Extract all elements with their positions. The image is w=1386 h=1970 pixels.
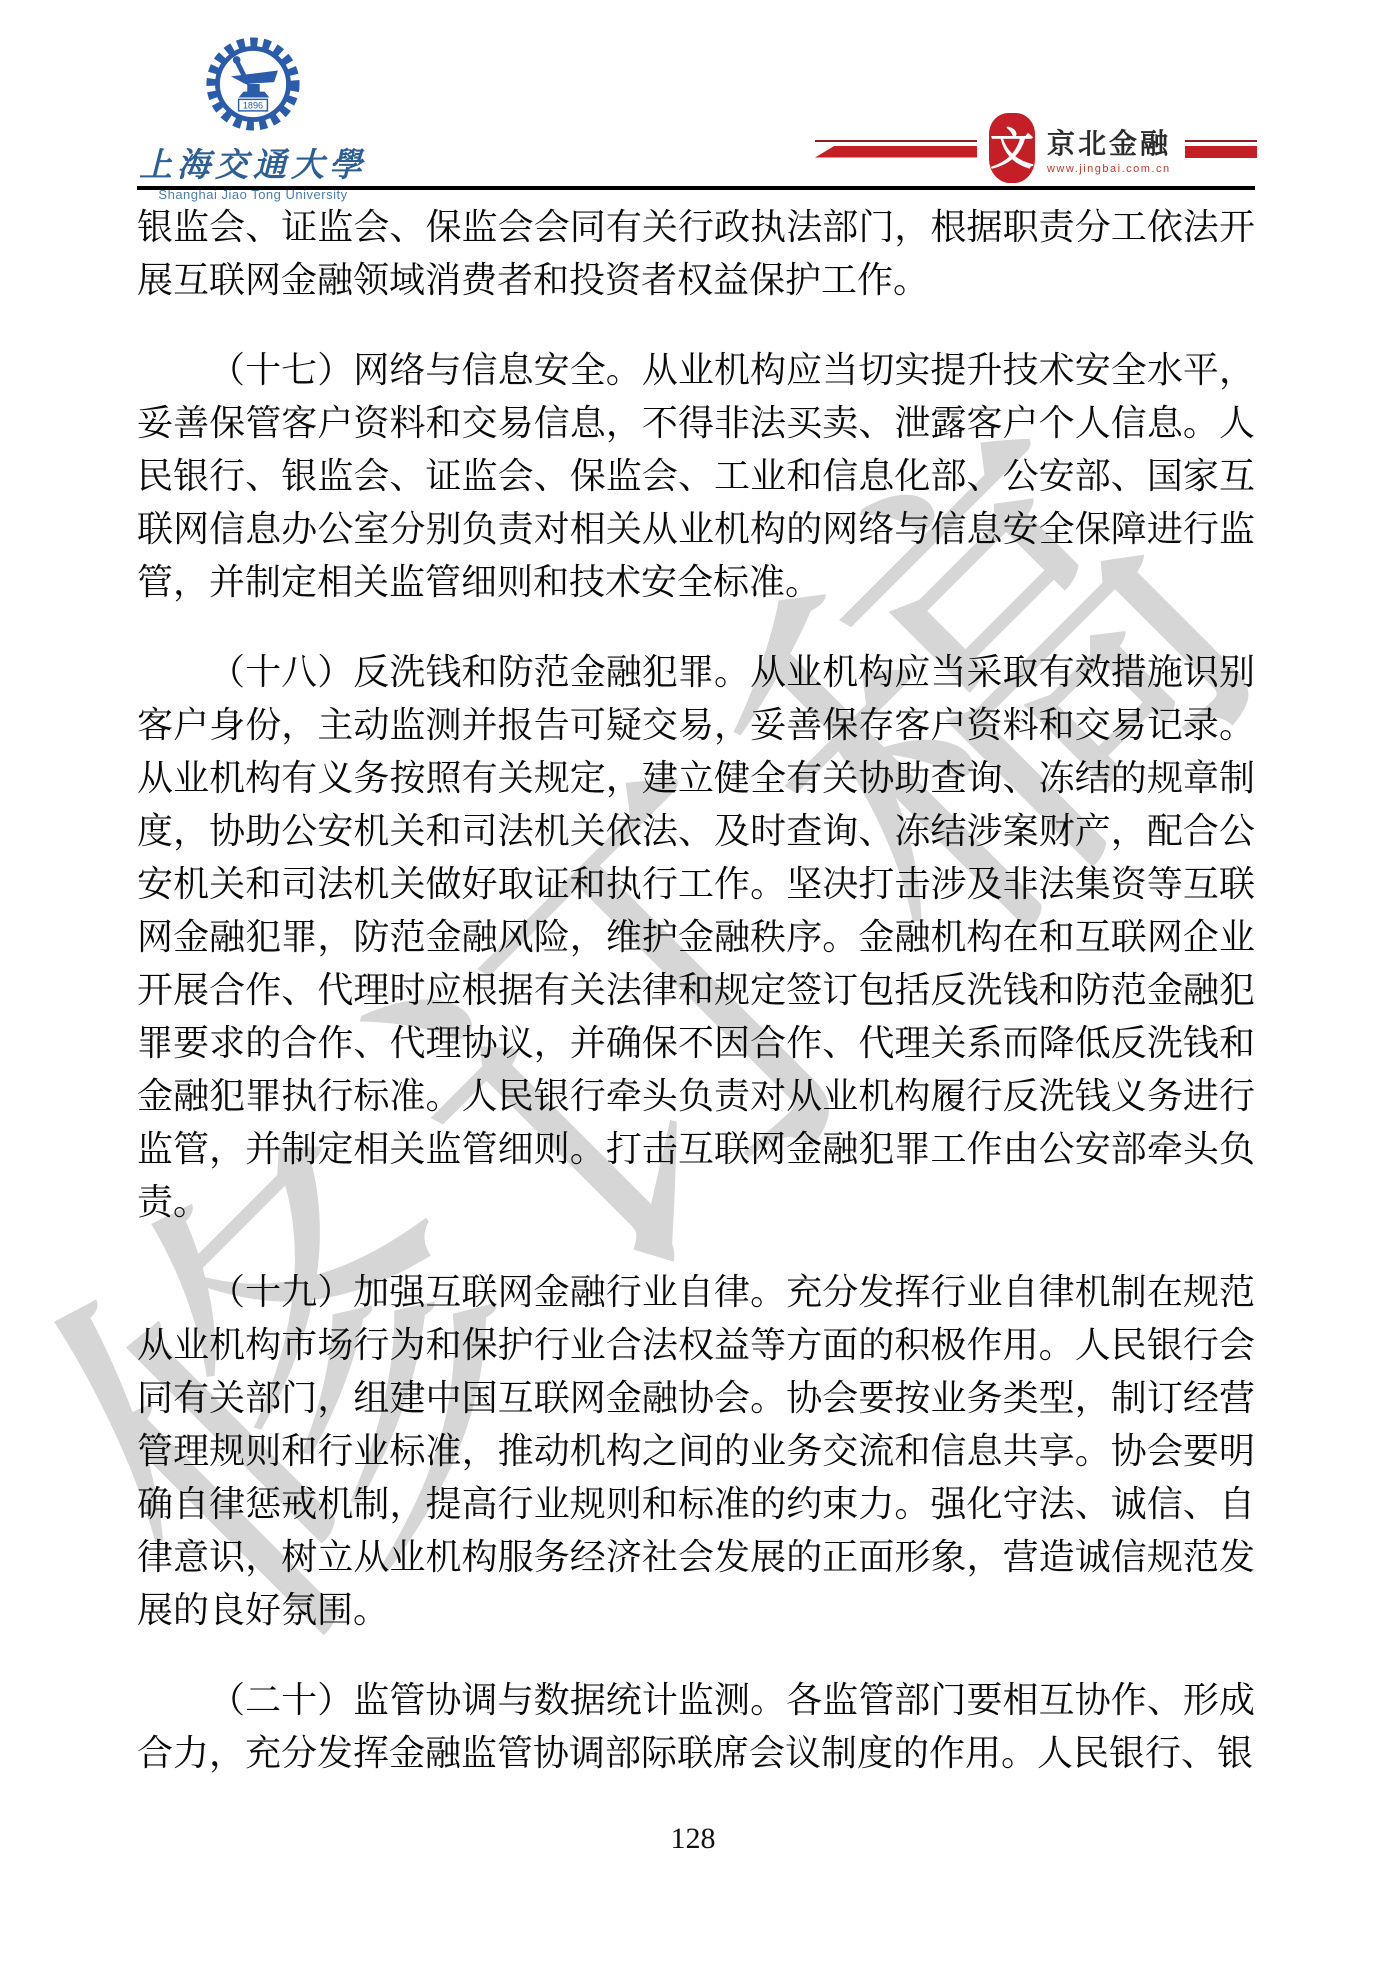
page-number: 128 <box>0 1822 1386 1856</box>
anvil-base-shape <box>239 92 270 98</box>
seal-character: 文 <box>990 128 1034 172</box>
body-paragraph: 银监会、证监会、保监会会同有关行政执法部门，根据职责分工依法开展互联网金融领域消… <box>137 201 1255 307</box>
brand-decor-bar-right <box>1185 140 1257 157</box>
body-paragraph-section-20: （二十）监管协调与数据统计监测。各监管部门要相互协作、形成合力，充分发挥金融监管… <box>137 1674 1255 1780</box>
body-paragraph-section-18: （十八）反洗钱和防范金融犯罪。从业机构应当采取有效措施识别客户身份，主动监测并报… <box>137 646 1255 1229</box>
brand-decor-bar-left <box>815 140 977 157</box>
emblem-year-label: 1896 <box>243 100 263 110</box>
body-paragraph-section-17: （十七）网络与信息安全。从业机构应当切实提升技术安全水平，妥善保管客户资料和交易… <box>137 344 1255 609</box>
header-divider-rule <box>137 186 1255 190</box>
body-paragraph-section-19: （十九）加强互联网金融行业自律。充分发挥行业自律机制在规范从业机构市场行为和保护… <box>137 1266 1255 1637</box>
brand-name: 京北金融 <box>1047 122 1171 162</box>
document-body: 银监会、证监会、保监会会同有关行政执法部门，根据职责分工依法开展互联网金融领域消… <box>137 201 1255 1780</box>
brand-header: 文 京北金融 www.jingbai.com.cn <box>815 112 1257 184</box>
jingbei-seal-icon: 文 <box>989 113 1035 183</box>
brand-url: www.jingbai.com.cn <box>1047 163 1171 175</box>
document-page: 修订稿 1896 上海交通大學 Shanghai Jiao Tong Unive… <box>0 0 1386 1970</box>
sjtu-gear-emblem-icon: 1896 <box>205 36 301 132</box>
university-header: 1896 上海交通大學 Shanghai Jiao Tong Universit… <box>128 36 378 202</box>
brand-text-block: 京北金融 www.jingbai.com.cn <box>1047 122 1171 175</box>
university-name-zh: 上海交通大學 <box>128 139 378 186</box>
